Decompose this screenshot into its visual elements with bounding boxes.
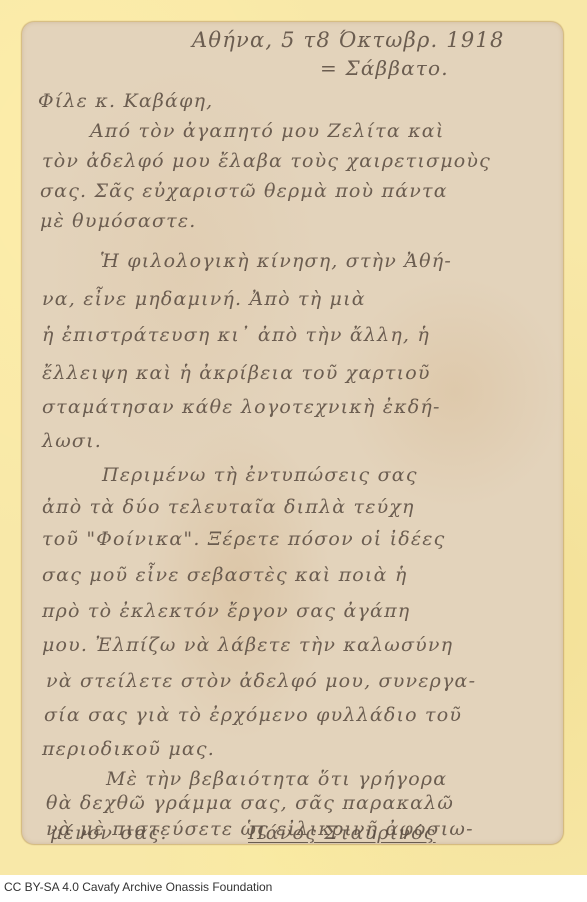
letter-line: μὲ θυμόσαστε. bbox=[40, 210, 196, 232]
letter-salutation: Φίλε κ. Καβάφη, bbox=[38, 90, 213, 112]
letter-line: σία σας γιὰ τὸ ἐρχόμενο φυλλάδιο τοῦ bbox=[44, 704, 462, 726]
letter-line: σας μοῦ εἶνε σεβαστὲς καὶ ποιὰ ἡ bbox=[42, 564, 407, 586]
letter-line: σας. Σᾶς εὐχαριστῶ θερμὰ ποὺ πάντα bbox=[40, 180, 448, 202]
letter-line: Μὲ τὴν βεβαιότητα ὅτι γρήγορα bbox=[106, 768, 447, 790]
letter-line: να, εἶνε μηδαμινή. Ἀπὸ τὴ μιὰ bbox=[42, 288, 366, 310]
letter-weekday: = Σάββατο. bbox=[320, 56, 449, 80]
letter-line: τὸν ἀδελφό μου ἔλαβα τοὺς χαιρετισμοὺς bbox=[42, 150, 491, 172]
letter-line: Από τὸν ἀγαπητό μου Ζελίτα καὶ bbox=[90, 120, 445, 142]
letter-line: πρὸ τὸ ἐκλεκτόν ἔργον σας ἀγάπη bbox=[42, 600, 410, 622]
handwritten-letter-card: Αθήνα, 5 τ8 Όκτωβρ. 1918 = Σάββατο. Φίλε… bbox=[22, 22, 563, 844]
letter-signature: Πάνος Σταυρινός bbox=[248, 822, 436, 844]
letter-line: θὰ δεχθῶ γράμμα σας, σᾶς παρακαλῶ bbox=[46, 792, 454, 814]
letter-line: νὰ στείλετε στὸν ἀδελφό μου, συνεργα- bbox=[46, 670, 476, 692]
letter-dateline: Αθήνα, 5 τ8 Όκτωβρ. 1918 bbox=[192, 28, 505, 52]
letter-line: Περιμένω τὴ ἐντυπώσεις σας bbox=[102, 464, 418, 486]
letter-line: ἔλλειψη καὶ ἡ ἀκρίβεια τοῦ χαρτιοῦ bbox=[42, 362, 431, 384]
letter-line: περιοδικοῦ μας. bbox=[42, 738, 215, 760]
letter-line: Ἡ φιλολογικὴ κίνηση, στὴν Ἀθή- bbox=[100, 250, 452, 272]
letter-line: τοῦ "Φοίνικα". Ξέρετε πόσον οἱ ἰδέες bbox=[42, 528, 446, 550]
letter-line: ἡ ἐπιστράτευση κι᾽ ἀπὸ τὴν ἄλλη, ἡ bbox=[42, 324, 430, 346]
letter-line: ἀπὸ τὰ δύο τελευταῖα διπλὰ τεύχη bbox=[42, 496, 415, 518]
letter-line: σταμάτησαν κάθε λογοτεχνικὴ ἐκδή- bbox=[42, 396, 441, 418]
letter-line: λωσι. bbox=[42, 430, 102, 452]
letter-line: μένον σας. bbox=[50, 822, 168, 844]
license-credit: CC BY-SA 4.0 Cavafy Archive Onassis Foun… bbox=[4, 880, 272, 894]
letter-line: μου. Ἐλπίζω νὰ λάβετε τὴν καλωσύνη bbox=[42, 634, 453, 656]
